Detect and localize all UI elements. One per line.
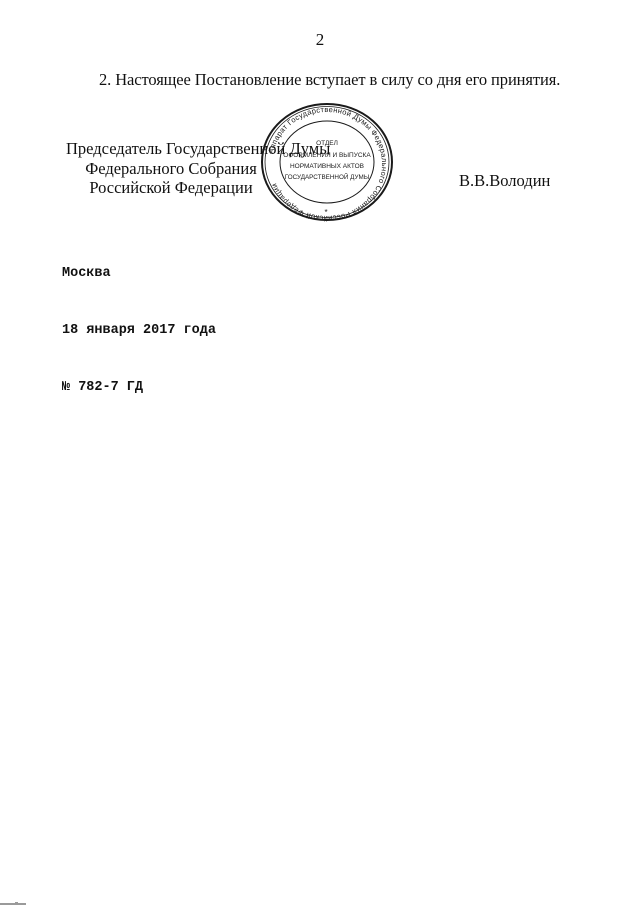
stamp-line-2: ОФОРМЛЕНИЯ И ВЫПУСКА: [283, 152, 371, 159]
signer-title-line-3: Российской Федерации: [60, 178, 282, 198]
date: 18 января 2017 года: [62, 321, 216, 340]
signer-name: В.В.Володин: [459, 171, 550, 191]
city: Москва: [62, 264, 216, 283]
official-stamp: Аппарат Государственной Думы Федеральног…: [260, 102, 394, 222]
scan-artifact-2: [15, 902, 18, 903]
page-number: 2: [0, 30, 640, 50]
paragraph-2: 2. Настоящее Постановление вступает в си…: [99, 70, 560, 90]
signer-title: Председатель Государственной Думы Федера…: [60, 139, 282, 198]
stamp-seal-icon: Аппарат Государственной Думы Федеральног…: [260, 102, 394, 222]
place-date-block: Москва 18 января 2017 года № 782-7 ГД: [62, 226, 216, 435]
signer-title-line-2: Федерального Собрания: [60, 159, 282, 179]
stamp-line-3: НОРМАТИВНЫХ АКТОВ: [290, 163, 364, 170]
signer-title-line-1: Председатель Государственной Думы: [66, 139, 282, 159]
document-number: № 782-7 ГД: [62, 378, 216, 397]
stamp-line-1: ОТДЕЛ: [316, 140, 338, 147]
stamp-line-4: ГОСУДАРСТВЕННОЙ ДУМЫ: [285, 172, 370, 181]
stamp-star-icon: *: [324, 208, 327, 217]
